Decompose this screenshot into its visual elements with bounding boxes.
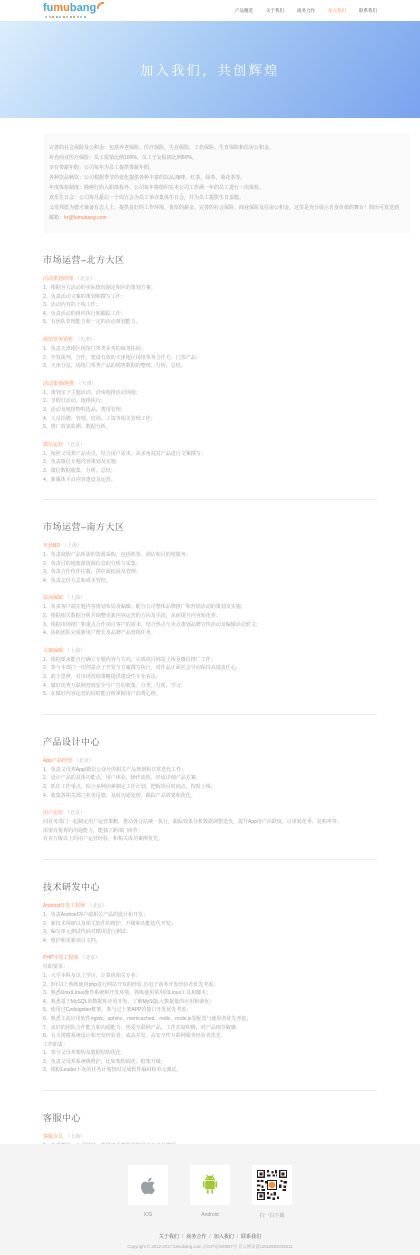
job-posting: PHP开发工程师（北京）任职要求：1、大学本科及以上学历，计算机相关专业；2、3… — [43, 954, 377, 1075]
job-description-line: 4、做好优秀互联网营销安全与广告的收集、分类、分析，学习； — [43, 682, 377, 691]
job-description-line: 5、使用过Codeigniter框架，参与过上架APP的接口开发优先考虑； — [43, 1006, 377, 1015]
job-location: （北京） — [74, 758, 94, 764]
section-title: 技术研发中心 — [43, 880, 377, 893]
download-row: iOS — [0, 1165, 420, 1219]
job-posting: Android开发工程师（北京）1、负责Android客户端相关产品的设计和开发… — [43, 902, 377, 945]
job-description-line: 6、熟悉主流应用软件nginx、sphinx、memcached、redis、n… — [43, 1015, 377, 1024]
job-description-line: 5、在做好内容运营的同时能分析掌握用户消费心理。 — [43, 690, 377, 699]
apple-icon — [137, 1173, 159, 1197]
section-title: 客服中心 — [43, 1111, 377, 1124]
job-title: 用户运营 — [43, 810, 63, 816]
job-description-line: 同业务部门一起制定用户运营策略，推动各分站统一执行，跟踪效果分析数据调整迭代，提… — [43, 818, 377, 827]
site-logo[interactable]: fumubang — [43, 3, 104, 17]
job-description-line: 3、编写单元测试代码对模块进行测试； — [43, 928, 377, 937]
nav-item-3[interactable]: 加入我们 — [328, 8, 346, 14]
job-posting: 文案编辑（上海）1、根据要求能自行确立专题内容与方向，完成项目网站上线及微信推广… — [43, 647, 377, 699]
job-description-line: 1、根据官方活动的实际情况制定相应的策划方案； — [43, 284, 377, 293]
job-posting: 活动策划/地推（天津）1、策划亲子主题活动，洽谈地推活动场地；2、节假日活动、地… — [43, 380, 377, 432]
job-location: （北京） — [65, 442, 85, 448]
section-title: 产品设计中心 — [43, 735, 377, 748]
job-description-line: 3、抓住工作重点，综合多种因素制定工作计划，把握项目时间点，按时上线； — [43, 783, 377, 792]
benefits-card: 完善的社会保险及公积金：包括养老保险、医疗保险、失业保险、工伤保险、生育保险和住… — [44, 133, 410, 233]
email-link[interactable]: hr@fumubang.com — [64, 215, 107, 221]
download-item-qr: 扫一扫下载 — [252, 1165, 292, 1219]
job-title: 活动策划经理 — [43, 276, 73, 282]
logo-tagline — [45, 16, 104, 18]
job-description-line: 2、节假日活动、地推执行； — [43, 397, 377, 406]
job-location: （北京） — [65, 810, 85, 816]
benefit-line: 欢乐生日会：公司每月最后一个周五会为员工举办集体生日会，并为员工提供生日蛋糕。 — [49, 193, 402, 203]
hero-title: 加入我们，共创辉煌 — [140, 60, 280, 79]
job-title: 资深编辑 — [43, 595, 63, 601]
job-description-line: 1、大学本科及以上学历，计算机相关专业； — [43, 972, 377, 981]
nav-item-1[interactable]: 关于我们 — [266, 8, 284, 14]
job-head: 活动策划/地推（天津） — [43, 380, 377, 389]
job-description-line: 1、负责父母邦App/微信公众号的相关产品规划和日常迭代工作； — [43, 766, 377, 775]
job-description-line: 1、负责天津地区场馆门票类业务的商务拓展； — [43, 345, 377, 354]
section-0: 市场运营–北方大区活动策划经理（北京）1、根据官方活动的实际情况制定相应的策划方… — [43, 233, 377, 484]
job-location: （天津） — [75, 337, 95, 343]
job-description-line: 1、按照父母邦产品卖点，结合用户需求，从多角度对产品进行文案撰写； — [43, 450, 377, 459]
benefit-line: 享有带薪年假：公司每年为员工提供带薪年假。 — [49, 163, 402, 173]
job-description-line: 4、新媒体平台内容建设及运营。 — [43, 476, 377, 485]
job-posting: 资深编辑（上海）1、负责客户端专题内容规划布局及编辑；配合公司整体品牌推广和营销… — [43, 594, 377, 637]
job-posting: 场馆票务销售（天津）1、负责天津地区场馆门票类业务的商务拓展；2、开发谈判、合作… — [43, 336, 377, 371]
job-description-line: 4、协助团队完成新用户增长及品牌产品营销任务。 — [43, 629, 377, 638]
job-description-line: 3、根据市场推广和重点合作项目客户的需求，结合热点与卖点策划品牌宣传活动及编辑活… — [43, 621, 377, 630]
job-description-line: 3、天津分站，场馆门票类产品的销售数据的整理、分析、总结。 — [43, 362, 377, 371]
job-description-line: 1、参与父母邦架构及数据结构优化； — [43, 1049, 377, 1058]
job-title: PHP开发工程师 — [43, 955, 78, 961]
job-description-line: 4、人员招聘、管理、培训、工资等相关管理工作； — [43, 415, 377, 424]
logo-text: fumubang — [43, 3, 96, 14]
site-header: fumubang 产品精选关于我们商务合作加入我们联系我们 — [0, 0, 420, 21]
job-description-line: 5、有团队管理能力和一定的活动策划能力。 — [43, 318, 377, 327]
benefit-line: 补充商业医疗保险：员工报销比例100%，员工子女报销比例50%。 — [49, 153, 402, 163]
benefit-line: 各种饮品畅饮：公司根据季节的变化提供各种丰富的饮品,咖啡、红茶、绿茶、菊花茶等。 — [49, 173, 402, 183]
job-location: （北京） — [75, 276, 95, 282]
job-posting: 活动策划经理（北京）1、根据官方活动的实际情况制定相应的策划方案；2、负责活动文… — [43, 275, 377, 327]
job-description-line: 2、负责父母邦系统级维护，比如架构调优、框架升级； — [43, 1058, 377, 1067]
job-description-line: 工作职责： — [43, 1041, 377, 1050]
main-nav: 产品精选关于我们商务合作加入我们联系我们 — [235, 8, 377, 14]
section-title: 市场运营–北方大区 — [43, 253, 377, 266]
section-3: 技术研发中心Android开发工程师（北京）1、负责Android客户端相关产品… — [43, 859, 377, 1075]
job-description-line: 8、有大规模系统设计和开发经验者，或高并发、高安全性互联网服务经验者优先。 — [43, 1032, 377, 1041]
nav-item-2[interactable]: 商务合作 — [297, 8, 315, 14]
job-description-line: 2、根据相关数据分析并调整更新内容运营的方向及手段，从而提升内容转化率； — [43, 612, 377, 621]
job-description-line: 2、3年以上熟练使用php进行网站开发的经验,有电子商务开发经验者优先考虑； — [43, 981, 377, 990]
android-download-button[interactable] — [190, 1165, 230, 1205]
job-location: （上海） — [65, 648, 85, 654]
job-title: 活动策划/地推 — [43, 381, 74, 387]
footer-nav-item-1[interactable]: 商务合作 — [186, 1234, 206, 1240]
job-head: 微信运营（北京） — [43, 441, 377, 450]
job-posting: 市场BD（上海）1、负责度假产品所需的资源采购，包括机票、酒店和目的地服务；2、… — [43, 542, 377, 585]
job-description-line: 3、活动内容的上线工作； — [43, 301, 377, 310]
job-head: Android开发工程师（北京） — [43, 902, 377, 911]
job-head: PHP开发工程师（北京） — [43, 954, 377, 963]
job-description-line: 任职要求： — [43, 963, 377, 972]
android-icon — [198, 1173, 222, 1197]
job-location: （北京） — [87, 903, 107, 909]
benefit-line: 完善的社会保险及公积金：包括养老保险、医疗保险、失业保险、工伤保险、生育保险和住… — [49, 143, 402, 153]
job-posting: App产品经理（北京）1、负责父母邦App/微信公众号的相关产品规划和日常迭代工… — [43, 757, 377, 800]
job-description-line: 4、收集各相关部门业务反馈，及时沟通处理，跟踪产品效果和优化。 — [43, 792, 377, 801]
download-label: Android — [190, 1212, 230, 1218]
download-label: 扫一扫下载 — [252, 1212, 292, 1219]
job-description-line: 1、策划亲子主题活动，洽谈地推活动场地； — [43, 389, 377, 398]
nav-item-4[interactable]: 联系我们 — [359, 8, 377, 14]
job-description-line: 4、熟悉基于MySQL的数据库应用开发，了解MySQL大数据量的应用和调优； — [43, 998, 377, 1007]
qr-code-icon — [256, 1169, 288, 1201]
job-description-line: 1、负责Android客户端相关产品的设计和开发； — [43, 911, 377, 920]
footer-nav: 关于我们/商务合作/加入我们/联系我们 — [0, 1233, 420, 1240]
job-description-line: 2、参与本部门一切创意点子开发与方案撰写执行，对作品正面社会导向保持高度责任心； — [43, 664, 377, 673]
careers-page: fumubang 产品精选关于我们商务合作加入我们联系我们 加入我们，共创辉煌 … — [0, 0, 420, 1255]
job-title: Android开发工程师 — [43, 903, 85, 909]
job-sections: 市场运营–北方大区活动策划经理（北京）1、根据官方活动的实际情况制定相应的策划方… — [43, 233, 377, 1176]
job-description-line: 4、负责定价方式和成本管控。 — [43, 577, 377, 586]
job-description-line: 1、负责客户端专题内容规划布局及编辑；配合公司整体品牌推广和营销活动的策划及实施… — [43, 603, 377, 612]
hero-banner: 加入我们，共创辉煌 — [0, 21, 420, 118]
job-head: App产品经理（北京） — [43, 757, 377, 766]
job-head: 文案编辑（上海） — [43, 647, 377, 656]
ios-download-button[interactable] — [128, 1165, 168, 1205]
job-location: （上海） — [65, 595, 85, 601]
job-title: 客服专员 — [43, 1134, 63, 1140]
footer-nav-separator: / — [209, 1234, 210, 1240]
job-description-line: 2、开发谈判、合作、建设有效的天津地区场馆票务合作方、门票产品； — [43, 354, 377, 363]
job-description-line: 1、负责度假产品所需的资源采购，包括机票、酒店和目的地服务； — [43, 551, 377, 560]
job-title: 微信运营 — [43, 442, 63, 448]
job-title: 文案编辑 — [43, 648, 63, 654]
footer-nav-item-0[interactable]: 关于我们 — [159, 1234, 179, 1240]
job-description-line: 3、负责合作伙伴招募、供应商拓展及管理； — [43, 568, 377, 577]
section-2: 产品设计中心App产品经理（北京）1、负责父母邦App/微信公众号的相关产品规划… — [43, 714, 377, 844]
site-footer: iOS — [0, 1144, 420, 1255]
job-description-line: 需要有优秀的沟通能力，能独立跨部门协作； — [43, 827, 377, 836]
benefit-closing-line: 父母邦愿为德才兼备有志人士，提供良好的工作环境、优厚的薪金、完善的社会保险、商业… — [49, 203, 402, 223]
nav-item-0[interactable]: 产品精选 — [235, 8, 253, 14]
download-item-android: Android — [190, 1165, 230, 1219]
job-description-line: 2、设计产品的具体功能点、用户体验、操作流程，形成详细产品方案； — [43, 774, 377, 783]
job-description-line: 2、新技术预研以及相关软件的维护、升级和功能迭代开发； — [43, 920, 377, 929]
job-description-line: 1、根据要求能自行确立专题内容与方向，完成项目网站上线及微信推广工作； — [43, 656, 377, 665]
job-head: 客服专员（上海） — [43, 1133, 377, 1142]
download-label: iOS — [128, 1212, 168, 1218]
job-posting: 用户运营（北京）同业务部门一起制定用户运营策略，推动各分站统一执行，跟踪效果分析… — [43, 809, 377, 844]
job-description-line: 5、推广效果监测、数据分析。 — [43, 423, 377, 432]
job-location: （上海） — [65, 1134, 85, 1140]
job-description-line: 2、负责微信专题内容策划及实施； — [43, 458, 377, 467]
footer-nav-item-3[interactable]: 联系我们 — [241, 1234, 261, 1240]
logo-swoosh-icon — [97, 2, 104, 9]
job-description-line: 有百万级以上的用户运营经验，和相关成功案例优先。 — [43, 835, 377, 844]
job-description-line: 4、负责活动的组织执行和跟踪工作； — [43, 310, 377, 319]
copyright-text: Copyright © 2012-2017 fumubang.com 京ICP证… — [0, 1244, 420, 1250]
job-description-line: 2、负责活动文案的策划和撰写工作； — [43, 293, 377, 302]
job-location: （天津） — [76, 381, 96, 387]
job-description-line: 2、负责目的地旅游资源信息的分析与采集； — [43, 560, 377, 569]
job-location: （上海） — [62, 543, 82, 549]
job-head: 资深编辑（上海） — [43, 594, 377, 603]
footer-nav-item-2[interactable]: 加入我们 — [214, 1234, 234, 1240]
job-title: App产品经理 — [43, 758, 72, 764]
job-head: 活动策划经理（北京） — [43, 275, 377, 284]
job-head: 用户运营（北京） — [43, 809, 377, 818]
job-description-line: 7、良好的团队合作能力和沟通能力；热爱互联网产品，工作态度积极，对产品细节敏感； — [43, 1024, 377, 1033]
job-posting: 微信运营（北京）1、按照父母邦产品卖点，结合用户需求，从多角度对产品进行文案撰写… — [43, 441, 377, 484]
job-title: 市场BD — [43, 543, 60, 549]
job-description-line: 3、微信数据收集、分析、总结； — [43, 467, 377, 476]
job-head: 市场BD（上海） — [43, 542, 377, 551]
job-title: 场馆票务销售 — [43, 337, 73, 343]
section-title: 市场运营–南方大区 — [43, 520, 377, 533]
job-description-line: 3、活动及地推物料选品、费用管理； — [43, 406, 377, 415]
benefit-line: 年度体检制度：除例行的入职体检外，公司每年将组织在本公司工作满一年的员工进行一次… — [49, 183, 402, 193]
section-1: 市场运营–南方大区市场BD（上海）1、负责度假产品所需的资源采购，包括机票、酒店… — [43, 499, 377, 699]
job-description-line: 3、根据Leader下发的任务计划按时完成软件编码和单元测试。 — [43, 1066, 377, 1075]
footer-nav-separator: / — [182, 1234, 183, 1240]
job-description-line: 3、熟悉Unix/Linux操作系统和开发环境，熟练使用常用的Linux工具和脚… — [43, 989, 377, 998]
job-location: （北京） — [80, 955, 100, 961]
job-description-line: 3、敢于思辨，对市场营销策略提供建设性专业看法； — [43, 673, 377, 682]
download-item-ios: iOS — [128, 1165, 168, 1219]
footer-nav-separator: / — [237, 1234, 238, 1240]
job-description-line: 4、维护和更新项目文档。 — [43, 937, 377, 946]
job-head: 场馆票务销售（天津） — [43, 336, 377, 345]
qr-download-button[interactable] — [252, 1165, 292, 1205]
